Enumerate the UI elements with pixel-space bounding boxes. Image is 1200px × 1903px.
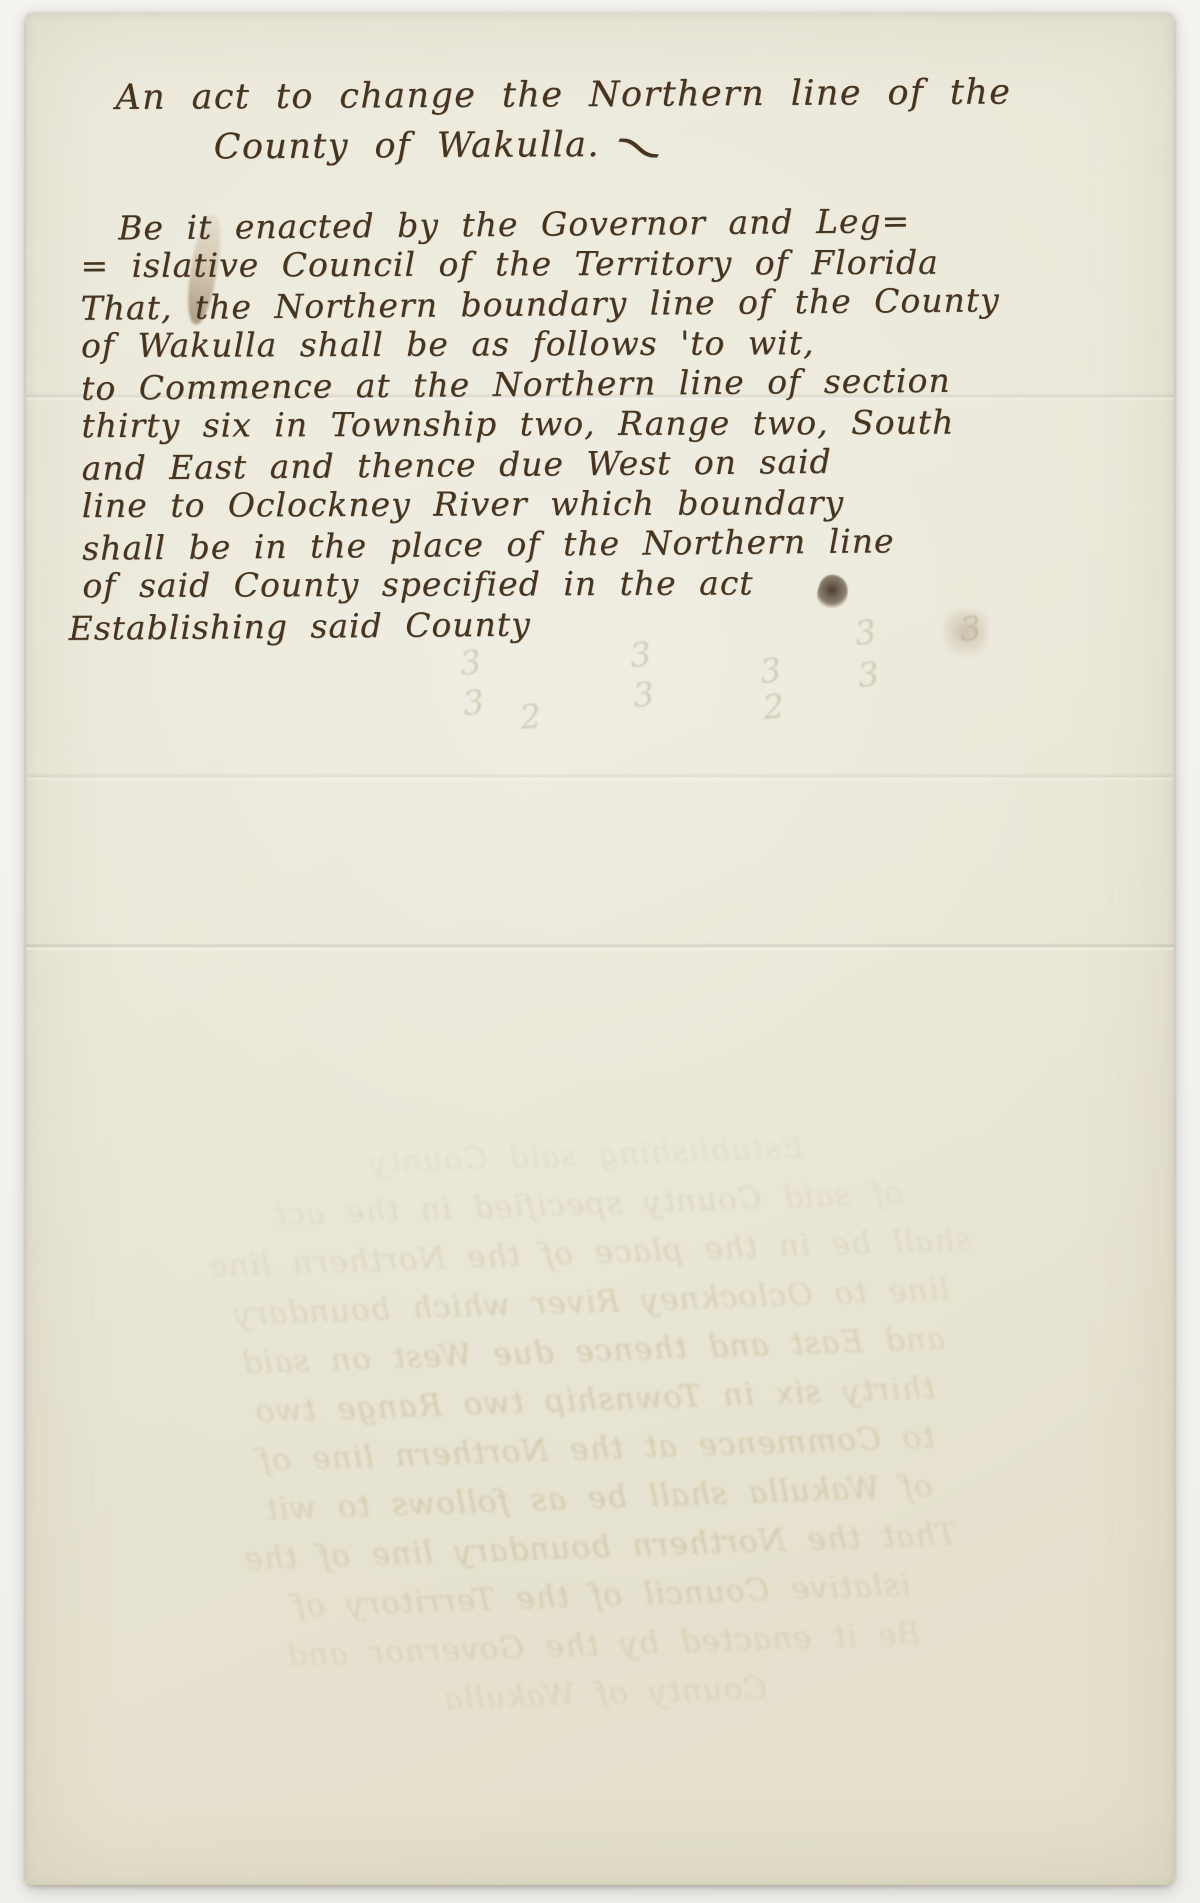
title-line-1: An act to change the Northern line of th… bbox=[115, 70, 1114, 121]
title-line-2: County of Wakulla.⁓ bbox=[214, 115, 1115, 171]
ghost-mark: 2 bbox=[761, 686, 786, 727]
manuscript-line: That, the Northern boundary line of the … bbox=[81, 279, 1116, 329]
pen-flourish: ⁓ bbox=[608, 116, 671, 178]
bleed-through-text: Establishing said Countyof said County s… bbox=[55, 1113, 1139, 1810]
ghost-mark: 3 bbox=[458, 642, 483, 683]
manuscript-line: of Wakulla shall be as follows 'to wit, bbox=[81, 322, 1116, 366]
manuscript-line: of said County specified in the act bbox=[82, 562, 1117, 606]
manuscript-line: Be it enacted by the Governor and Leg= bbox=[118, 199, 1115, 248]
manuscript-line: shall be in the place of the Northern li… bbox=[82, 519, 1117, 569]
fold-crease-middle bbox=[26, 773, 1174, 781]
document-title: An act to change the Northern line of th… bbox=[79, 70, 1115, 171]
ghost-mark: 2 bbox=[518, 696, 543, 737]
ghost-mark: 3 bbox=[758, 650, 783, 691]
manuscript-line: Establishing said County bbox=[68, 599, 1117, 649]
ghost-mark: 3 bbox=[856, 654, 881, 695]
ghost-mark: 3 bbox=[461, 682, 486, 723]
handwritten-text: An act to change the Northern line of th… bbox=[24, 69, 1175, 647]
document-body: Be it enacted by the Governor and Leg== … bbox=[80, 201, 1118, 647]
ghost-mark: 3 bbox=[631, 674, 656, 715]
manuscript-line: = islative Council of the Territory of F… bbox=[80, 242, 1115, 286]
manuscript-line: line to Oclockney River which boundary bbox=[82, 482, 1117, 526]
manuscript-line: and East and thence due West on said bbox=[81, 439, 1116, 489]
manuscript-line: thirty six in Township two, Range two, S… bbox=[81, 402, 1116, 446]
manuscript-line: to Commence at the Northern line of sect… bbox=[81, 359, 1116, 409]
manuscript-page: An act to change the Northern line of th… bbox=[26, 13, 1174, 1885]
title-line-2-text: County of Wakulla. bbox=[214, 125, 600, 167]
fold-crease-lower bbox=[26, 943, 1174, 951]
